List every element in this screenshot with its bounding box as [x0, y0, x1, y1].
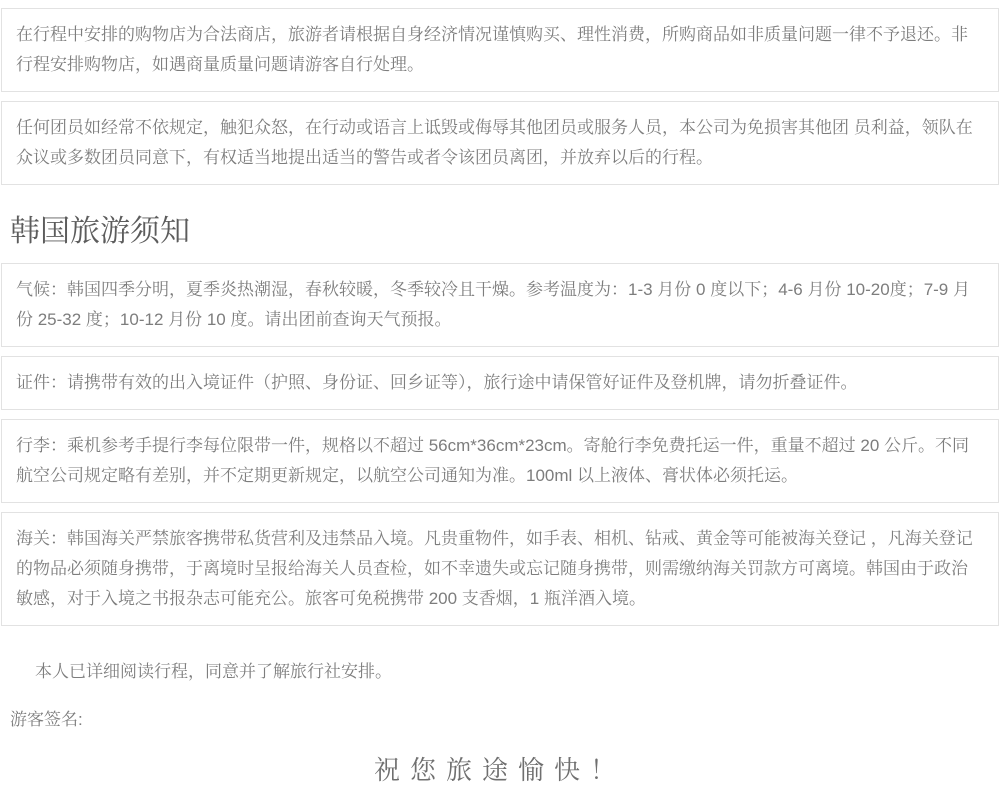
section-customs: 海关：韩国海关严禁旅客携带私货营利及违禁品入境。凡贵重物件，如手表、相机、钻戒、…	[1, 512, 999, 626]
farewell-message: 祝您旅途愉快！	[0, 735, 1000, 787]
shopping-notice-box: 在行程中安排的购物店为合法商店，旅游者请根据自身经济情况谨慎购买、理性消费，所购…	[1, 8, 999, 92]
acknowledgement-text: 本人已详细阅读行程，同意并了解旅行社安排。	[0, 635, 1000, 687]
page-title: 韩国旅游须知	[0, 194, 1000, 263]
section-luggage: 行李：乘机参考手提行李每位限带一件，规格以不超过 56cm*36cm*23cm。…	[1, 419, 999, 503]
travel-notice-document: 在行程中安排的购物店为合法商店，旅游者请根据自身经济情况谨慎购买、理性消费，所购…	[0, 0, 1000, 787]
section-documents: 证件：请携带有效的出入境证件（护照、身份证、回乡证等），旅行途中请保管好证件及登…	[1, 356, 999, 410]
conduct-notice-box: 任何团员如经常不依规定，触犯众怒，在行动或语言上诋毁或侮辱其他团员或服务人员，本…	[1, 101, 999, 185]
signature-label: 游客签名:	[0, 687, 1000, 735]
section-climate: 气候：韩国四季分明，夏季炎热潮湿，春秋较暖，冬季较冷且干燥。参考温度为：1-3 …	[1, 263, 999, 347]
